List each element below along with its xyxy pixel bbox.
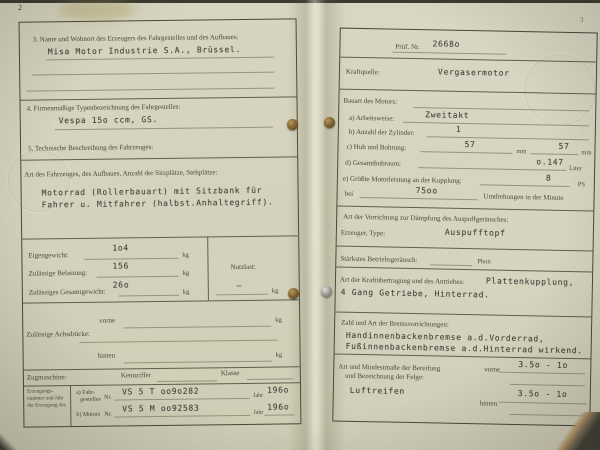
reifen-vorne-value: 3.5o - 1o xyxy=(518,360,568,370)
registration-booklet-photo: 2 3 3. Name und Wohnort des Erzeugers de… xyxy=(0,0,600,450)
getriebe-value: 4 Gang Getriebe, Hinterrad. xyxy=(341,288,490,300)
fill-line xyxy=(418,167,566,171)
gesamtgewicht-value: 26o xyxy=(113,280,130,289)
nr-label: Nr. xyxy=(104,395,112,403)
section-divider xyxy=(22,235,298,239)
leistung-label: e) Größte Motorleistung an der Kupplung: xyxy=(343,175,462,186)
vehicle-type-label: Art des Fahrzeuges, des Aufbaues, Anzahl… xyxy=(24,168,217,179)
section5-label: 5. Technische Beschreibung des Fahrzeuge… xyxy=(28,143,153,153)
engine-year-value: 196o xyxy=(267,402,289,411)
fill-line xyxy=(55,127,273,131)
section-divider xyxy=(21,156,297,160)
fill-line xyxy=(420,151,512,154)
rpm-value: 75oo xyxy=(416,186,438,196)
reifen-hinten-value: 3.5o - 1o xyxy=(518,389,568,399)
hinten-label: hinten xyxy=(480,399,498,408)
leistung-value: 8 xyxy=(546,174,552,183)
left-form-box: 3. Name und Wohnort des Erzeugers des Fa… xyxy=(19,18,302,427)
chassis-year-value: 196o xyxy=(267,385,289,394)
nr-label: Nr. xyxy=(104,412,112,420)
kg-unit: kg xyxy=(276,352,283,360)
bremsen-label: Zahl und Art der Bremsvorrichtungen: xyxy=(341,319,449,330)
ps-unit: PS xyxy=(578,181,585,189)
fill-line xyxy=(264,414,294,415)
binding-eyelet xyxy=(287,119,298,130)
bauart-label: Bauart des Motors: xyxy=(343,97,397,107)
section-divider xyxy=(20,96,296,100)
vorne-label: vorne xyxy=(484,365,500,374)
section-divider xyxy=(335,312,591,318)
weights-column-divider xyxy=(207,236,209,300)
fill-line xyxy=(157,380,217,382)
jahr-label: Jahr xyxy=(253,393,263,401)
arbeitsweise-label: a) Arbeitsweise: xyxy=(349,114,394,124)
fill-line xyxy=(97,276,179,278)
vehicle-type-value-1: Motorrad (Rollerbauart) mit Sitzbank für xyxy=(42,186,263,198)
fill-line xyxy=(79,340,277,343)
binding-eyelet xyxy=(321,286,332,297)
kg-unit: kg xyxy=(183,270,190,278)
nutzlast-value: — xyxy=(237,281,243,290)
erzeugung-column-divider xyxy=(70,385,72,426)
hub-value: 57 xyxy=(464,140,475,149)
zugmaschine-label: Zugmaschine: xyxy=(27,373,67,382)
section3-label: 3. Name und Wohnort des Erzeugers des Fa… xyxy=(33,33,239,44)
fill-line xyxy=(392,52,506,55)
section-divider xyxy=(337,206,593,212)
fill-line xyxy=(480,184,570,187)
kupplung-value: Plattenkupplung, xyxy=(486,276,574,287)
engine-number-value: VS 5 M oo92583 xyxy=(122,404,199,414)
eigengewicht-value: 1o4 xyxy=(112,243,129,252)
luftreifen-value: Luftreifen xyxy=(350,386,405,396)
jahr-label: Jahr xyxy=(253,410,263,418)
zylinder-value: 1 xyxy=(456,125,462,134)
achsdruecke-label: Zulässige Achsdrücke: xyxy=(26,330,90,340)
fill-line xyxy=(510,384,585,386)
torn-corner xyxy=(548,412,600,450)
fill-line xyxy=(114,398,250,401)
rpm-label: Umdrehungen in der Minute xyxy=(484,192,564,202)
hub-bohrung-label: c) Hub und Bohrung: xyxy=(346,143,406,153)
left-page-number: 2 xyxy=(18,3,22,12)
klasse-label: Klasse xyxy=(221,369,240,378)
kraftuebertragung-label: Art der Kraftübertragung und des Antrieb… xyxy=(340,276,464,287)
fill-line xyxy=(427,136,589,140)
hubraum-value: o.147 xyxy=(536,157,564,167)
kg-unit: kg xyxy=(183,289,190,297)
arbeitsweise-value: Zweitakt xyxy=(425,110,469,120)
pruef-nr-value: 2668o xyxy=(432,39,460,49)
section4-label: 4. Firmenmäßige Typenbezeichnung des Fah… xyxy=(27,103,181,114)
erzeuger-type-label: Erzeuger, Type: xyxy=(341,229,385,239)
mm-unit: mm xyxy=(516,148,526,156)
binding-eyelet xyxy=(324,117,335,128)
fill-line xyxy=(46,57,274,61)
pruef-nr-label: Prüf. Nr. xyxy=(395,43,419,52)
auspuff-value: Auspufftopf xyxy=(445,228,506,238)
fahrgestell-label-2: gestelles xyxy=(80,397,101,405)
daempfung-label: Art der Vorrichtung zur Dämpfung des Aus… xyxy=(343,213,508,225)
fill-line xyxy=(360,197,478,200)
fill-line xyxy=(119,295,179,297)
type-designation-value: Vespa 15o ccm, GS. xyxy=(59,115,158,125)
fill-line xyxy=(26,88,274,92)
mm-unit: mm xyxy=(581,149,591,157)
paper-stain xyxy=(58,0,136,20)
fill-line xyxy=(499,372,585,375)
bereifung-label-2: und Bezeichnung der Felge: xyxy=(345,372,424,382)
kennziffer-label: Kennziffer xyxy=(121,371,151,380)
fill-line xyxy=(247,378,293,380)
fill-line xyxy=(124,361,272,364)
section-divider xyxy=(24,366,300,370)
belastung-value: 156 xyxy=(112,261,129,270)
kg-unit: kg xyxy=(182,252,189,260)
hinten-label: hinten xyxy=(98,352,116,361)
fill-line xyxy=(499,402,587,405)
bohrung-value: 57 xyxy=(558,142,569,151)
right-page-number: 3 xyxy=(580,16,584,24)
bei-label: bei xyxy=(345,190,354,199)
kg-unit: kg xyxy=(272,288,279,296)
binding-eyelet xyxy=(288,288,299,299)
page-corner-shadow xyxy=(0,434,24,450)
section-divider xyxy=(336,267,592,273)
manufacturer-value: Misa Motor Industrie S.A., Brüssel. xyxy=(48,45,241,57)
zylinder-label: b) Anzahl der Zylinder: xyxy=(349,128,415,138)
fill-line xyxy=(216,294,268,296)
fill-line xyxy=(530,153,578,155)
section-divider xyxy=(337,246,593,252)
kraftquelle-label: Kraftquelle: xyxy=(346,68,380,77)
section-divider xyxy=(340,57,596,63)
liter-unit: Liter xyxy=(569,165,582,173)
fill-line xyxy=(430,264,472,266)
fill-line xyxy=(32,72,274,76)
fill-line xyxy=(403,122,589,127)
vehicle-type-value-2: Fahrer u. Mitfahrer (halbst.Anhaltegriff… xyxy=(42,198,274,210)
nutzlast-label: Nutzlast: xyxy=(230,263,255,272)
hubraum-label: d) Gesamthubraum: xyxy=(345,159,401,169)
belastung-label: Zulässige Belastung: xyxy=(29,269,88,278)
fill-line xyxy=(123,326,271,329)
phon-unit: Phon xyxy=(477,258,491,266)
section-divider xyxy=(23,299,299,303)
section-divider xyxy=(340,89,596,95)
kg-unit: kg xyxy=(275,317,282,325)
geraeusch-label: Stärkstes Betriebsgeräusch: xyxy=(340,255,417,265)
bremsen-value-2: Fußinnenbackenbremse a.d.Hinterrad wirke… xyxy=(346,342,583,356)
erzeugung-label: Erzeugungs- nummer und Jahr der Erzeugun… xyxy=(27,388,67,409)
kraftquelle-value: Vergasermotor xyxy=(438,67,510,78)
motor-label: b) Motors xyxy=(76,412,100,420)
fill-line xyxy=(114,415,250,418)
chassis-number-value: VS 5 T oo9o282 xyxy=(122,387,199,397)
eigengewicht-label: Eigengewicht: xyxy=(28,251,69,260)
fill-line xyxy=(84,258,178,260)
right-form-box: Prüf. Nr. 2668o Kraftquelle: Vergasermot… xyxy=(332,28,598,427)
gesamtgewicht-label: Zulässiges Gesamtgewicht: xyxy=(29,288,106,298)
vorne-label: vorne xyxy=(99,317,115,326)
